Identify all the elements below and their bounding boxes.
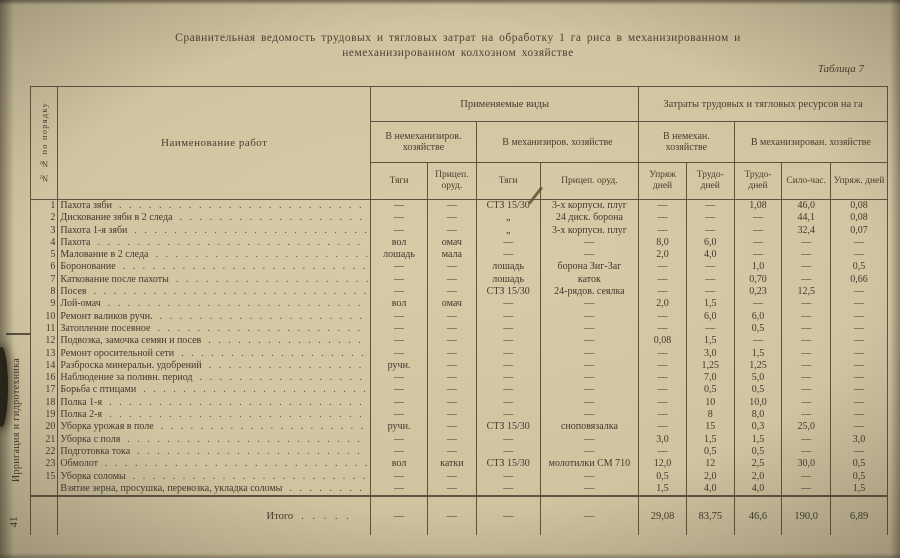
applied-type-cell: 24 диск. борона bbox=[540, 212, 639, 224]
work-name: Затопление посевное. . . . . . . . . . .… bbox=[60, 323, 368, 335]
table-row: 17Борьба с птицами. . . . . . . . . . . … bbox=[31, 384, 888, 396]
work-name-label: Посев bbox=[60, 286, 86, 298]
work-name-cell: Подготовка тока. . . . . . . . . . . . .… bbox=[58, 446, 371, 458]
total-applied-cell: — bbox=[540, 496, 639, 535]
value-cell: — bbox=[782, 372, 831, 384]
total-row: Итого. . . . . . . . . . — — — — 29,08 8… bbox=[31, 496, 888, 535]
value-cell: 3,0 bbox=[639, 434, 687, 446]
value-cell: — bbox=[831, 249, 888, 261]
work-name: Посев. . . . . . . . . . . . . . . . . .… bbox=[60, 286, 368, 298]
applied-type-cell: — bbox=[427, 421, 476, 433]
leader-dots: . . . . . . . . . . . . . . . . . . . . … bbox=[109, 409, 368, 421]
applied-type-cell: — bbox=[476, 360, 540, 372]
applied-type-cell: — bbox=[476, 237, 540, 249]
applied-type-cell: — bbox=[371, 384, 428, 396]
value-cell: 32,4 bbox=[782, 225, 831, 237]
applied-type-cell: — bbox=[371, 446, 428, 458]
applied-type-cell: — bbox=[427, 212, 476, 224]
value-cell: — bbox=[831, 360, 888, 372]
row-number-cell: 13 bbox=[31, 348, 58, 360]
leader-dots: . . . . . . . . . . . . . . . . . . . . … bbox=[289, 483, 368, 495]
applied-type-cell: — bbox=[371, 200, 428, 213]
value-cell: — bbox=[782, 483, 831, 496]
leader-dots: . . . . . . . . . . . . . . . . . . . . … bbox=[158, 323, 369, 335]
table-header: № № по порядку Наименование работ Примен… bbox=[31, 87, 888, 200]
applied-type-cell: — bbox=[476, 348, 540, 360]
leader-dots: . . . . . . . . . . . . . . . . . . . . … bbox=[176, 274, 368, 286]
value-cell: — bbox=[734, 249, 782, 261]
column-header-upryazh-days-nonmech: Упряж дней bbox=[639, 163, 687, 200]
applied-type-cell: — bbox=[371, 261, 428, 273]
value-cell: 6,0 bbox=[734, 311, 782, 323]
row-number-cell: 15 bbox=[31, 471, 58, 483]
applied-type-cell: — bbox=[427, 360, 476, 372]
row-number-cell: 6 bbox=[31, 261, 58, 273]
value-cell: 1,5 bbox=[831, 483, 888, 496]
total-applied-cell: — bbox=[476, 496, 540, 535]
value-cell: 0,5 bbox=[831, 458, 888, 470]
row-number-cell bbox=[31, 483, 58, 496]
applied-type-cell: — bbox=[427, 471, 476, 483]
work-name-cell: Лой-омач. . . . . . . . . . . . . . . . … bbox=[58, 298, 371, 310]
applied-type-cell: — bbox=[371, 311, 428, 323]
applied-type-cell: — bbox=[427, 483, 476, 496]
work-name: Полка 1-я. . . . . . . . . . . . . . . .… bbox=[60, 397, 368, 409]
applied-type-cell: СТЗ 15/30 bbox=[476, 421, 540, 433]
table-row: 12Подвозка, замочка семян и посев. . . .… bbox=[31, 335, 888, 347]
total-applied-cell: — bbox=[371, 496, 428, 535]
work-name-label: Затопление посевное bbox=[60, 323, 150, 335]
value-cell: 1,25 bbox=[734, 360, 782, 372]
applied-type-cell: борона Зиг-Заг bbox=[540, 261, 639, 273]
value-cell: 0,5 bbox=[686, 384, 734, 396]
work-name-label: Ремонт валиков ручн. bbox=[60, 311, 152, 323]
applied-type-cell: — bbox=[371, 348, 428, 360]
applied-type-cell: 3-х корпусн. плуг bbox=[540, 225, 639, 237]
work-name-cell: Малование в 2 следа. . . . . . . . . . .… bbox=[58, 249, 371, 261]
leader-dots: . . . . . . . . . . . . . . . . . . . . … bbox=[123, 261, 368, 273]
applied-type-cell: — bbox=[476, 323, 540, 335]
value-cell: 0,5 bbox=[734, 384, 782, 396]
applied-type-cell: вол bbox=[371, 237, 428, 249]
subgroup-costs-nonmech: В немехан. хозяйстве bbox=[639, 122, 734, 163]
table-row: 20Уборка урожая в поле. . . . . . . . . … bbox=[31, 421, 888, 433]
value-cell: — bbox=[782, 335, 831, 347]
leader-dots: . . . . . . . . . . . . . . . . . . . . … bbox=[134, 225, 368, 237]
applied-type-cell: — bbox=[371, 274, 428, 286]
work-name: Полка 2-я. . . . . . . . . . . . . . . .… bbox=[60, 409, 368, 421]
work-name: Пахота 1-я зяби. . . . . . . . . . . . .… bbox=[60, 225, 368, 237]
applied-type-cell: — bbox=[427, 286, 476, 298]
applied-type-cell: — bbox=[427, 261, 476, 273]
column-header-silo-hours: Сило-час. bbox=[782, 163, 831, 200]
table-row: 8Посев. . . . . . . . . . . . . . . . . … bbox=[31, 286, 888, 298]
total-empty-number-cell bbox=[31, 496, 58, 535]
applied-type-cell: — bbox=[427, 335, 476, 347]
work-name: Обмолот. . . . . . . . . . . . . . . . .… bbox=[60, 458, 368, 470]
applied-type-cell: молотилки СМ 710 bbox=[540, 458, 639, 470]
applied-type-cell: — bbox=[540, 348, 639, 360]
table-row: 13Ремонт оросительной сети. . . . . . . … bbox=[31, 348, 888, 360]
work-name-cell: Пахота зяби. . . . . . . . . . . . . . .… bbox=[58, 200, 371, 213]
work-name: Подготовка тока. . . . . . . . . . . . .… bbox=[60, 446, 368, 458]
leader-dots: . . . . . . . . . . . . . . . . . . . . … bbox=[94, 286, 369, 298]
row-number-cell: 21 bbox=[31, 434, 58, 446]
applied-type-cell: — bbox=[427, 311, 476, 323]
applied-type-cell: — bbox=[540, 397, 639, 409]
leader-dots: . . . . . . . . . . . . . . . . . . . . … bbox=[105, 458, 368, 470]
row-number-cell: 1 bbox=[31, 200, 58, 213]
comparison-table: № № по порядку Наименование работ Примен… bbox=[30, 86, 888, 535]
value-cell: — bbox=[782, 434, 831, 446]
work-name-cell: Взятие зерна, просушка, перевозка, уклад… bbox=[58, 483, 371, 496]
value-cell: — bbox=[782, 249, 831, 261]
value-cell: — bbox=[639, 286, 687, 298]
applied-type-cell: „ bbox=[476, 225, 540, 237]
table-row: 18Полка 1-я. . . . . . . . . . . . . . .… bbox=[31, 397, 888, 409]
value-cell: — bbox=[831, 446, 888, 458]
leader-dots: . . . . . . . . . . . . . . . . . . . . … bbox=[137, 446, 368, 458]
value-cell: — bbox=[782, 237, 831, 249]
work-name: Каткование после пахоты. . . . . . . . .… bbox=[60, 274, 368, 286]
value-cell: 0,66 bbox=[831, 274, 888, 286]
value-cell: — bbox=[734, 237, 782, 249]
table-row: 7Каткование после пахоты. . . . . . . . … bbox=[31, 274, 888, 286]
value-cell: — bbox=[686, 200, 734, 213]
applied-type-cell: — bbox=[476, 372, 540, 384]
value-cell: 1,5 bbox=[686, 335, 734, 347]
table-row: 11Затопление посевное. . . . . . . . . .… bbox=[31, 323, 888, 335]
row-number-cell: 9 bbox=[31, 298, 58, 310]
work-name-label: Полка 1-я bbox=[60, 397, 102, 409]
leader-dots: . . . . . . . . . . . . . . . . . . . . … bbox=[155, 249, 368, 261]
applied-type-cell: — bbox=[476, 298, 540, 310]
leader-dots: . . . . . . . . . . bbox=[301, 511, 355, 522]
value-cell: — bbox=[686, 225, 734, 237]
leader-dots: . . . . . . . . . . . . . . . . . . . . … bbox=[133, 471, 368, 483]
applied-type-cell: лошадь bbox=[476, 274, 540, 286]
group-header-applied-types: Применяемые виды bbox=[371, 87, 639, 122]
work-name-label: Пахота bbox=[60, 237, 90, 249]
work-name-cell: Уборка с поля. . . . . . . . . . . . . .… bbox=[58, 434, 371, 446]
value-cell: — bbox=[782, 409, 831, 421]
value-cell: 10,0 bbox=[734, 397, 782, 409]
value-cell: 0,08 bbox=[831, 200, 888, 213]
work-name-label: Уборка с поля bbox=[60, 434, 120, 446]
value-cell: 3,0 bbox=[831, 434, 888, 446]
applied-type-cell: — bbox=[371, 335, 428, 347]
row-number-cell: 8 bbox=[31, 286, 58, 298]
value-cell: — bbox=[831, 397, 888, 409]
column-header-work: Наименование работ bbox=[58, 87, 371, 200]
table-row: 2Дискование зяби в 2 следа. . . . . . . … bbox=[31, 212, 888, 224]
value-cell: — bbox=[782, 323, 831, 335]
applied-type-cell: „ bbox=[476, 212, 540, 224]
document-title: Сравнительная ведомость трудовых и тягло… bbox=[58, 31, 858, 61]
row-number-cell: 11 bbox=[31, 323, 58, 335]
work-name: Пахота зяби. . . . . . . . . . . . . . .… bbox=[60, 200, 368, 212]
work-name-cell: Разброска минеральн. удобрений. . . . . … bbox=[58, 360, 371, 372]
applied-type-cell: — bbox=[540, 372, 639, 384]
applied-type-cell: — bbox=[540, 446, 639, 458]
applied-type-cell: — bbox=[476, 311, 540, 323]
value-cell: — bbox=[639, 323, 687, 335]
row-number-cell: 17 bbox=[31, 384, 58, 396]
row-number-cell: 19 bbox=[31, 409, 58, 421]
work-name-cell: Затопление посевное. . . . . . . . . . .… bbox=[58, 323, 371, 335]
applied-type-cell: — bbox=[540, 483, 639, 496]
value-cell: 4,0 bbox=[686, 249, 734, 261]
row-number-cell: 5 bbox=[31, 249, 58, 261]
value-cell: — bbox=[639, 360, 687, 372]
value-cell: 15 bbox=[686, 421, 734, 433]
value-cell: — bbox=[734, 225, 782, 237]
total-upryazh-days-mech: 6,89 bbox=[831, 496, 888, 535]
work-name-cell: Каткование после пахоты. . . . . . . . .… bbox=[58, 274, 371, 286]
value-cell: — bbox=[782, 360, 831, 372]
work-name: Борьба с птицами. . . . . . . . . . . . … bbox=[60, 384, 368, 396]
applied-type-cell: 24-рядов. сеялка bbox=[540, 286, 639, 298]
total-trudo-days-mech: 46,6 bbox=[734, 496, 782, 535]
value-cell: 10 bbox=[686, 397, 734, 409]
table-row: 16Наблюдение за поливн. период. . . . . … bbox=[31, 372, 888, 384]
applied-type-cell: — bbox=[427, 384, 476, 396]
column-header-pricep-nonmech: Прицеп. оруд. bbox=[427, 163, 476, 200]
scanned-document-page: Сравнительная ведомость трудовых и тягло… bbox=[0, 0, 900, 558]
value-cell: — bbox=[831, 372, 888, 384]
value-cell: 1,5 bbox=[734, 434, 782, 446]
applied-type-cell: — bbox=[540, 323, 639, 335]
value-cell: 0,5 bbox=[686, 446, 734, 458]
value-cell: — bbox=[639, 311, 687, 323]
leader-dots: . . . . . . . . . . . . . . . . . . . . … bbox=[161, 421, 368, 433]
applied-type-cell: — bbox=[371, 483, 428, 496]
value-cell: — bbox=[639, 409, 687, 421]
applied-type-cell: — bbox=[427, 397, 476, 409]
applied-type-cell: — bbox=[476, 409, 540, 421]
work-name-label: Подвозка, замочка семян и посев bbox=[60, 335, 201, 347]
work-name-cell: Ремонт оросительной сети. . . . . . . . … bbox=[58, 348, 371, 360]
value-cell: — bbox=[782, 471, 831, 483]
applied-type-cell: — bbox=[427, 446, 476, 458]
applied-type-cell: — bbox=[371, 323, 428, 335]
applied-type-cell: — bbox=[371, 225, 428, 237]
work-name-label: Уборка урожая в поле bbox=[60, 421, 153, 433]
value-cell: 44,1 bbox=[782, 212, 831, 224]
applied-type-cell: каток bbox=[540, 274, 639, 286]
applied-type-cell: — bbox=[476, 446, 540, 458]
value-cell: 8 bbox=[686, 409, 734, 421]
table-row: 3Пахота 1-я зяби. . . . . . . . . . . . … bbox=[31, 225, 888, 237]
applied-type-cell: сноповязалка bbox=[540, 421, 639, 433]
work-name-cell: Пахота. . . . . . . . . . . . . . . . . … bbox=[58, 237, 371, 249]
value-cell: — bbox=[686, 323, 734, 335]
total-label-cell: Итого. . . . . . . . . . bbox=[58, 496, 371, 535]
work-name-label: Уборка соломы bbox=[60, 471, 125, 483]
value-cell: 1,5 bbox=[734, 348, 782, 360]
value-cell: — bbox=[734, 298, 782, 310]
value-cell: — bbox=[831, 298, 888, 310]
applied-type-cell: — bbox=[476, 397, 540, 409]
column-header-upryazh-days-mech: Упряж. дней bbox=[831, 163, 888, 200]
value-cell: 12,0 bbox=[639, 458, 687, 470]
applied-type-cell: омач bbox=[427, 237, 476, 249]
work-name-label: Ремонт оросительной сети bbox=[60, 348, 174, 360]
column-header-pricep-mech: Прицеп. оруд. bbox=[540, 163, 639, 200]
applied-type-cell: — bbox=[540, 471, 639, 483]
applied-type-cell: — bbox=[427, 409, 476, 421]
value-cell: 1,5 bbox=[686, 298, 734, 310]
applied-type-cell: — bbox=[427, 200, 476, 213]
applied-type-cell: лошадь bbox=[476, 261, 540, 273]
leader-dots: . . . . . . . . . . . . . . . . . . . . … bbox=[119, 200, 368, 212]
applied-type-cell: — bbox=[540, 249, 639, 261]
total-trudo-days-nonmech: 83,75 bbox=[686, 496, 734, 535]
value-cell: 0,70 bbox=[734, 274, 782, 286]
table-row: 14Разброска минеральн. удобрений. . . . … bbox=[31, 360, 888, 372]
applied-type-cell: — bbox=[540, 237, 639, 249]
column-header-tyagi-nonmech: Тяги bbox=[371, 163, 428, 200]
subgroup-costs-mech: В механизирован. хозяйстве bbox=[734, 122, 887, 163]
ink-smudge bbox=[0, 347, 8, 427]
applied-type-cell: — bbox=[476, 335, 540, 347]
work-name-cell: Боронование. . . . . . . . . . . . . . .… bbox=[58, 261, 371, 273]
work-name-label: Борьба с птицами bbox=[60, 384, 136, 396]
table-row: 1Пахота зяби. . . . . . . . . . . . . . … bbox=[31, 200, 888, 213]
value-cell: — bbox=[734, 335, 782, 347]
work-name-cell: Обмолот. . . . . . . . . . . . . . . . .… bbox=[58, 458, 371, 470]
row-number-cell: 10 bbox=[31, 311, 58, 323]
value-cell: — bbox=[782, 298, 831, 310]
work-name-label: Малование в 2 следа bbox=[60, 249, 148, 261]
value-cell: 2,0 bbox=[639, 249, 687, 261]
applied-type-cell: — bbox=[427, 434, 476, 446]
applied-type-cell: — bbox=[540, 360, 639, 372]
value-cell: — bbox=[831, 335, 888, 347]
leader-dots: . . . . . . . . . . . . . . . . . . . . … bbox=[108, 298, 368, 310]
table-row: 6Боронование. . . . . . . . . . . . . . … bbox=[31, 261, 888, 273]
value-cell: 0,07 bbox=[831, 225, 888, 237]
value-cell: — bbox=[639, 348, 687, 360]
value-cell: 12 bbox=[686, 458, 734, 470]
leader-dots: . . . . . . . . . . . . . . . . . . . . … bbox=[208, 335, 368, 347]
work-name: Малование в 2 следа. . . . . . . . . . .… bbox=[60, 249, 368, 261]
value-cell: 6,0 bbox=[686, 237, 734, 249]
work-name-label: Пахота зяби bbox=[60, 200, 112, 212]
applied-type-cell: ручн. bbox=[371, 421, 428, 433]
applied-type-cell: — bbox=[371, 471, 428, 483]
work-name-cell: Уборка урожая в поле. . . . . . . . . . … bbox=[58, 421, 371, 433]
work-name: Разброска минеральн. удобрений. . . . . … bbox=[60, 360, 368, 372]
table-row: 21Уборка с поля. . . . . . . . . . . . .… bbox=[31, 434, 888, 446]
applied-type-cell: — bbox=[540, 335, 639, 347]
row-number-cell: 4 bbox=[31, 237, 58, 249]
applied-type-cell: — bbox=[476, 249, 540, 261]
work-name: Ремонт оросительной сети. . . . . . . . … bbox=[60, 348, 368, 360]
work-name-cell: Полка 2-я. . . . . . . . . . . . . . . .… bbox=[58, 409, 371, 421]
value-cell: — bbox=[639, 446, 687, 458]
work-name: Уборка соломы. . . . . . . . . . . . . .… bbox=[60, 471, 368, 483]
value-cell: 0,5 bbox=[831, 261, 888, 273]
value-cell: — bbox=[686, 212, 734, 224]
leader-dots: . . . . . . . . . . . . . . . . . . . . … bbox=[181, 348, 368, 360]
work-name-label: Боронование bbox=[60, 261, 115, 273]
applied-type-cell: — bbox=[371, 434, 428, 446]
table-row: 23Обмолот. . . . . . . . . . . . . . . .… bbox=[31, 458, 888, 470]
value-cell: 5,0 bbox=[734, 372, 782, 384]
work-name-cell: Пахота 1-я зяби. . . . . . . . . . . . .… bbox=[58, 225, 371, 237]
value-cell: 2,0 bbox=[639, 298, 687, 310]
value-cell: — bbox=[831, 286, 888, 298]
value-cell: 0,08 bbox=[639, 335, 687, 347]
value-cell: 0,23 bbox=[734, 286, 782, 298]
value-cell: — bbox=[782, 446, 831, 458]
value-cell: 0,5 bbox=[639, 471, 687, 483]
applied-type-cell: — bbox=[371, 409, 428, 421]
value-cell: — bbox=[831, 384, 888, 396]
value-cell: — bbox=[686, 286, 734, 298]
value-cell: — bbox=[782, 311, 831, 323]
value-cell: — bbox=[639, 274, 687, 286]
value-cell: 8,0 bbox=[734, 409, 782, 421]
work-name-label: Обмолот bbox=[60, 458, 98, 470]
applied-type-cell: мала bbox=[427, 249, 476, 261]
work-name-cell: Уборка соломы. . . . . . . . . . . . . .… bbox=[58, 471, 371, 483]
work-name-cell: Борьба с птицами. . . . . . . . . . . . … bbox=[58, 384, 371, 396]
work-name: Боронование. . . . . . . . . . . . . . .… bbox=[60, 261, 368, 273]
journal-side-caption: Ирригация и гидротехника bbox=[11, 335, 27, 505]
value-cell: — bbox=[782, 397, 831, 409]
column-header-trudo-days-mech: Трудо-дней bbox=[734, 163, 782, 200]
row-number-cell: 7 bbox=[31, 274, 58, 286]
value-cell: 6,0 bbox=[686, 311, 734, 323]
page-number: 41 bbox=[8, 509, 22, 535]
value-cell: — bbox=[639, 384, 687, 396]
value-cell: — bbox=[831, 421, 888, 433]
value-cell: — bbox=[831, 237, 888, 249]
column-header-tyagi-mech: Тяги bbox=[476, 163, 540, 200]
total-silo-hours: 190,0 bbox=[782, 496, 831, 535]
table-body: 1Пахота зяби. . . . . . . . . . . . . . … bbox=[31, 200, 888, 497]
value-cell: 1,5 bbox=[686, 434, 734, 446]
work-name: Пахота. . . . . . . . . . . . . . . . . … bbox=[60, 237, 368, 249]
leader-dots: . . . . . . . . . . . . . . . . . . . . … bbox=[143, 384, 368, 396]
value-cell: 0,5 bbox=[831, 471, 888, 483]
applied-type-cell: — bbox=[476, 471, 540, 483]
work-name: Уборка урожая в поле. . . . . . . . . . … bbox=[60, 421, 368, 433]
row-number-cell: 14 bbox=[31, 360, 58, 372]
value-cell: — bbox=[831, 409, 888, 421]
work-name: Уборка с поля. . . . . . . . . . . . . .… bbox=[60, 434, 368, 446]
table-row: 5Малование в 2 следа. . . . . . . . . . … bbox=[31, 249, 888, 261]
applied-type-cell: — bbox=[476, 483, 540, 496]
applied-type-cell: ручн. bbox=[371, 360, 428, 372]
applied-type-cell: вол bbox=[371, 458, 428, 470]
applied-type-cell: омач bbox=[427, 298, 476, 310]
applied-type-cell: вол bbox=[371, 298, 428, 310]
value-cell: 1,08 bbox=[734, 200, 782, 213]
work-name-cell: Подвозка, замочка семян и посев. . . . .… bbox=[58, 335, 371, 347]
applied-type-cell: — bbox=[540, 311, 639, 323]
table-row: 9Лой-омач. . . . . . . . . . . . . . . .… bbox=[31, 298, 888, 310]
table-row: 4Пахота. . . . . . . . . . . . . . . . .… bbox=[31, 237, 888, 249]
value-cell: 3,0 bbox=[686, 348, 734, 360]
total-label: Итого bbox=[267, 511, 294, 522]
table-caption: Таблица 7 bbox=[818, 63, 864, 75]
column-header-trudo-days-nonmech: Трудо-дней bbox=[686, 163, 734, 200]
total-upryazh-days-nonmech: 29,08 bbox=[639, 496, 687, 535]
applied-type-cell: — bbox=[476, 384, 540, 396]
